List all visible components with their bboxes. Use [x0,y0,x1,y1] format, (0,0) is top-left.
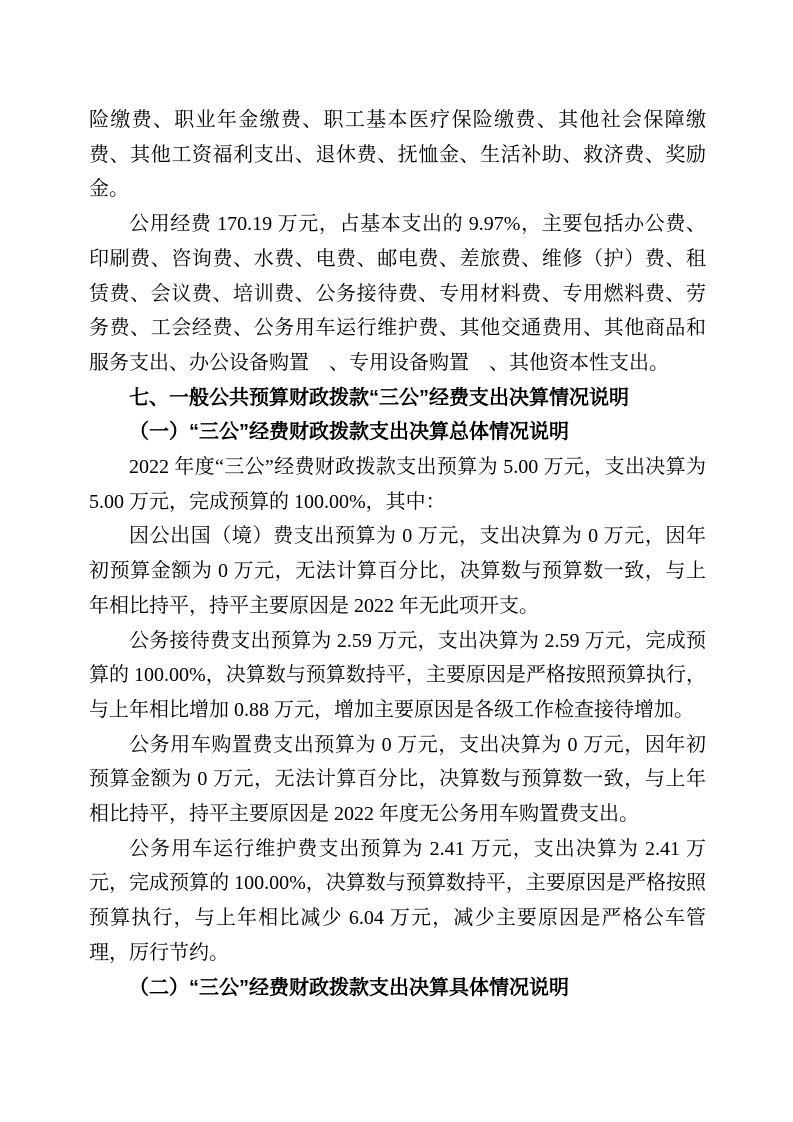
paragraph-overseas-trips-expense: 因公出国（境）费支出预算为 0 万元，支出决算为 0 万元，因年初预算金额为 0… [89,519,706,623]
document-page: 险缴费、职业年金缴费、职工基本医疗保险缴费、其他社会保障缴费、其他工资福利支出、… [0,0,793,1122]
heading-section-seven-three-public-funds: 七、一般公共预算财政拨款“三公”经费支出决算情况说明 [89,381,706,416]
heading-subsection-two-specific-situation: （二）“三公”经费财政拨款支出决算具体情况说明 [89,971,706,1006]
paragraph-vehicle-purchase-expense: 公务用车购置费支出预算为 0 万元，支出决算为 0 万元，因年初预算金额为 0 … [89,728,706,832]
paragraph-official-reception-expense: 公务接待费支出预算为 2.59 万元，支出决算为 2.59 万元，完成预算的 1… [89,624,706,728]
paragraph-three-public-budget-overview: 2022 年度“三公”经费财政拨款支出预算为 5.00 万元，支出决算为 5.0… [89,450,706,519]
paragraph-vehicle-maintenance-expense: 公务用车运行维护费支出预算为 2.41 万元，支出决算为 2.41 万元，完成预… [89,832,706,971]
paragraph-public-funds-breakdown: 公用经费 170.19 万元，占基本支出的 9.97%，主要包括办公费、印刷费、… [89,207,706,381]
paragraph-welfare-expense-items: 险缴费、职业年金缴费、职工基本医疗保险缴费、其他社会保障缴费、其他工资福利支出、… [89,103,706,207]
document-body: 险缴费、职业年金缴费、职工基本医疗保险缴费、其他社会保障缴费、其他工资福利支出、… [89,103,706,1005]
heading-subsection-one-overall-situation: （一）“三公”经费财政拨款支出决算总体情况说明 [89,415,706,450]
